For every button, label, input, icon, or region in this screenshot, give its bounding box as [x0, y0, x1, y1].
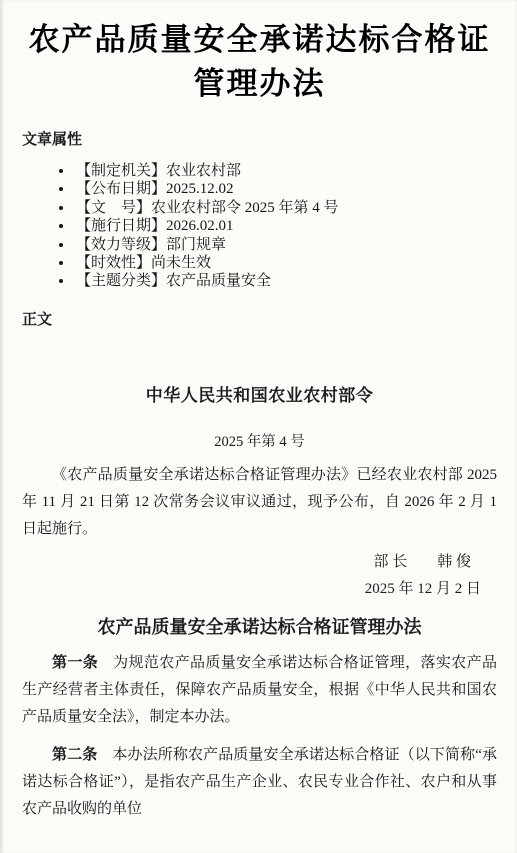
- attribute-item-document-number: 【文 号】农业农村部令 2025 年第 4 号: [74, 199, 497, 217]
- article-2: 第二条本办法所称农产品质量安全承诺达标合格证（以下简称“承诺达标合格证”），是指…: [22, 742, 497, 823]
- signature-minister: 部 长 韩 俊: [22, 549, 497, 576]
- document-page: 农产品质量安全承诺达标合格证 管理办法 文章属性 【制定机关】农业农村部 【公布…: [0, 0, 517, 853]
- document-title: 农产品质量安全承诺达标合格证 管理办法: [22, 18, 497, 106]
- decree-number: 2025 年第 4 号: [22, 430, 497, 451]
- attribute-item-enacting-body: 【制定机关】农业农村部: [74, 162, 497, 180]
- document-title-line2: 管理办法: [22, 62, 497, 106]
- article-2-label: 第二条: [52, 747, 97, 763]
- attributes-list: 【制定机关】农业农村部 【公布日期】2025.12.02 【文 号】农业农村部令…: [22, 162, 497, 291]
- regulation-title: 农产品质量安全承诺达标合格证管理办法: [22, 613, 497, 639]
- decree-title: 中华人民共和国农业农村部令: [22, 381, 497, 406]
- body-heading: 正文: [22, 308, 497, 329]
- attributes-heading: 文章属性: [22, 128, 497, 149]
- decree-paragraph: 《农产品质量安全承诺达标合格证管理办法》已经农业农村部 2025 年 11 月 …: [22, 462, 497, 543]
- signature-date: 2025 年 12 月 2 日: [22, 576, 497, 603]
- attribute-item-validity-status: 【时效性】尚未生效: [74, 254, 497, 272]
- attribute-item-legal-level: 【效力等级】部门规章: [74, 236, 497, 254]
- attribute-item-effective-date: 【施行日期】2026.02.01: [74, 217, 497, 235]
- article-1-label: 第一条: [52, 655, 98, 671]
- article-1: 第一条为规范农产品质量安全承诺达标合格证管理，落实农产品生产经营者主体责任，保障…: [22, 650, 497, 731]
- attribute-item-publish-date: 【公布日期】2025.12.02: [74, 180, 497, 198]
- document-title-line1: 农产品质量安全承诺达标合格证: [22, 18, 497, 62]
- attribute-item-subject-category: 【主题分类】农产品质量安全: [74, 272, 497, 290]
